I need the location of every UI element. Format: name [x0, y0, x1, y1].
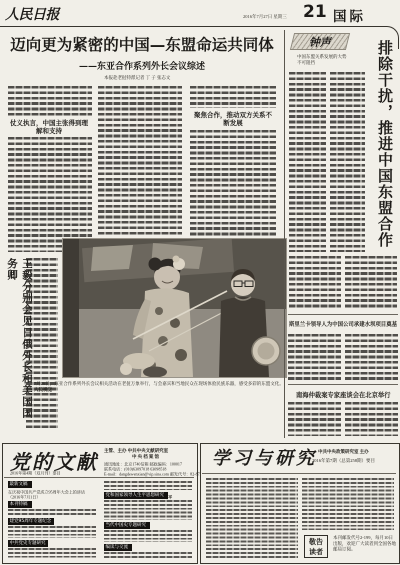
toc-section-chip: 编读与交流 — [104, 544, 132, 551]
toc-lines — [8, 509, 96, 516]
commentary-text-column — [289, 256, 341, 308]
ad-rule — [4, 477, 194, 478]
zhongsheng-vertical-headline: 排除干扰，推进中国东盟合作 — [369, 33, 396, 255]
toc-lines — [206, 478, 298, 558]
journal-right-title: 学习与研究 — [212, 444, 317, 470]
body-text-column — [26, 258, 58, 430]
brief-1-headline: 斯里兰卡领导人为中国公司承建水坝项目奠基 — [289, 320, 397, 328]
reader-notice-body: 本刊邮发代号2-199，每月10日出版，欢迎广大读者到全国各地邮局订阅。 — [333, 535, 396, 552]
toc-section-chip: 中共党史专题研究 — [8, 540, 48, 547]
body-text-column — [98, 86, 182, 236]
news-photo-image — [63, 239, 286, 377]
reader-notice-body-block: 本刊邮发代号2-199，每月10日出版，欢迎广大读者到全国各地邮局订阅。 — [333, 535, 396, 559]
toc-lines — [104, 481, 192, 490]
news-photo — [62, 238, 287, 378]
brief-2-headline: 南海仲裁案专家座谈会在北京举行 — [296, 390, 391, 399]
zhongsheng-logo: 钟声 — [309, 34, 331, 50]
brief-text-column — [345, 334, 398, 380]
toc-lines — [104, 552, 192, 559]
newspaper-page: 人民日报 2016年7月27日 星期三 21 国际 迈向更为紧密的中国—东盟命运… — [0, 0, 400, 565]
journal-right-issue: 2016年第7期（总第258期）要目 — [312, 457, 375, 464]
page-number: 21 — [303, 2, 327, 22]
brief-text-column — [288, 402, 341, 436]
body-text-column — [190, 130, 276, 236]
toc-item-note: （2016年7月1日） — [8, 494, 40, 500]
commentary-text-column — [330, 72, 365, 252]
toc-section-chip: 建党95周年专题纪念 — [8, 518, 54, 525]
section-label: 国际 — [333, 5, 366, 25]
brief-text-column — [288, 334, 341, 380]
lead-crosshead-1: 仗义执言，中国主张得到理解和支持 — [9, 120, 89, 135]
zhongsheng-tagline-2: 不可阻挡 — [297, 59, 315, 66]
journal-left-supervisor2: 中 央 档 案 馆 — [132, 453, 159, 460]
commentary-text-column — [289, 72, 326, 252]
commentary-text-column — [345, 256, 397, 308]
zhongsheng-logo-box: 钟声 — [290, 33, 350, 50]
toc-lines — [104, 500, 192, 520]
journal-right-sponsor: 中共中央政策研究室 主办 — [318, 448, 369, 455]
lead-crosshead-2: 聚焦合作，推动双方关系不断发展 — [191, 112, 275, 127]
column-divider — [284, 30, 285, 438]
lead-headline: 迈向更为紧密的中国—东盟命运共同体 — [2, 33, 282, 57]
lead-byline: 本报赴老挝特派记者 丁 子 张志文 — [104, 74, 170, 81]
reader-notice-title: 敬告读者 — [308, 537, 324, 556]
photo-credit: 人民视觉 — [34, 387, 52, 392]
header-rule — [0, 26, 384, 27]
toc-lines — [302, 478, 394, 530]
toc-lines — [8, 526, 96, 538]
toc-lines — [8, 548, 96, 559]
photo-caption: 7月26日，东亚合作系列外长会议相关活动在老挝万象举行，与会嘉宾和当地民众在现场… — [34, 381, 284, 386]
lead-subheadline: ——东亚合作系列外长会议综述 — [2, 59, 282, 72]
photo-caption-block: 7月26日，东亚合作系列外长会议相关活动在老挝万象举行，与会嘉宾和当地民众在现场… — [34, 381, 288, 401]
toc-section-chip: 当代中国史专题研究 — [104, 522, 150, 529]
ad-rule — [202, 473, 396, 474]
body-text-column — [190, 86, 276, 108]
journal-left-contact3: E-mail：dangdewenxian@vip.sina.com 邮发代号：8… — [104, 471, 202, 477]
body-text-column — [8, 137, 92, 252]
reader-notice-box: 敬告读者 — [304, 535, 328, 558]
issue-date: 2016年7月27日 星期三 — [243, 13, 287, 20]
toc-section-chip: 最新文稿 — [8, 481, 32, 488]
toc-section-chip: 本刊特稿 — [8, 501, 32, 508]
journal-left-issue: 2016年第4期（双月刊）要目 — [10, 470, 61, 476]
masthead-logo: 人民日报 — [5, 4, 59, 24]
brief-text-column — [345, 402, 398, 436]
section-rule — [288, 384, 398, 385]
body-text-column — [8, 86, 92, 118]
section-rule — [288, 314, 398, 315]
toc-section-chip: 党和国家领导人生平思想研究 — [104, 492, 168, 499]
toc-lines — [104, 530, 192, 542]
